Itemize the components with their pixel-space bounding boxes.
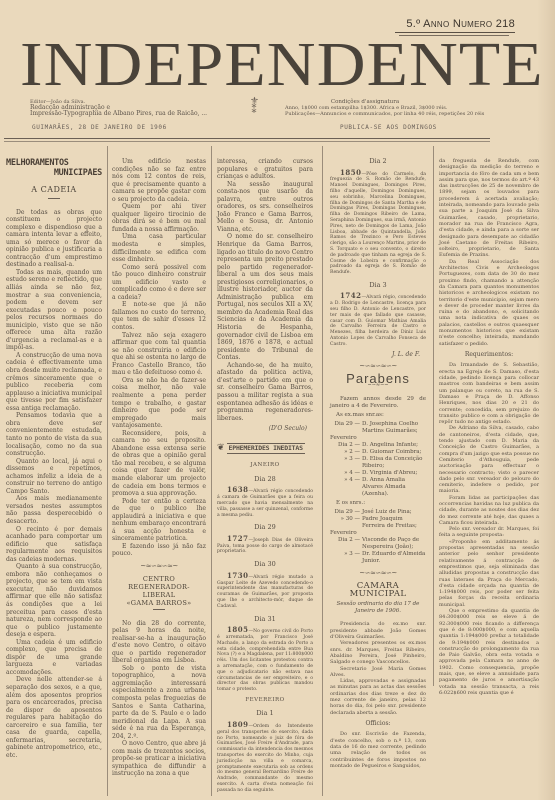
paragraph: Da Real Associação dos Architectos Civis…: [439, 259, 539, 347]
fleuron-icon: ❦: [217, 445, 225, 453]
day-label: Dia 2: [330, 158, 426, 166]
headline-dash: [48, 198, 60, 199]
paragraph: Quanto ao local, já aqui o dissemos e re…: [6, 458, 102, 496]
parabens-intro: Fazem annos desde 29 de janeiro a 4 de F…: [330, 396, 426, 410]
camara-subtitle: Sessão ordinaria do dia 17 de Janeiro de…: [330, 601, 426, 615]
paragraph: interessa, criando cursos populares e gr…: [217, 158, 313, 181]
parabens-ornament: ~∽≈∽~: [330, 382, 426, 390]
ephemeris-entry: 1809—Ordem do Intendente geral dos trans…: [217, 722, 313, 794]
ephemeris-entry: 1730—Alvará régio mutado a Gaspar Leite …: [217, 573, 313, 610]
paragraph: O nome do sr. conselheiro Henrique da Ga…: [217, 233, 313, 361]
paragraph: Deve nelle attender-se á separação dos s…: [6, 676, 102, 759]
paragraph: Talvez não seja exagero affirmar que com…: [112, 332, 206, 377]
day-label: Dia 30: [217, 561, 313, 569]
paragraph: Presidencia do ex.mo snr. presidente abb…: [330, 621, 426, 640]
entry-year: 1730: [227, 571, 248, 580]
birthday-row: » 3 —Dr. Eduardo d'Almeida Junior.: [330, 551, 426, 565]
birthday-row: » 4 —D. Anna Amalia Alvares Almada (Azen…: [330, 477, 426, 498]
paragraph: Uma cadeia é um edificio complexo, que p…: [6, 639, 102, 677]
paragraph: Achando-se, de ha muito, afastado da pol…: [217, 362, 313, 422]
entry-year: 1809: [227, 720, 248, 729]
entry-year: 1805: [227, 625, 248, 634]
impressao-line: Impressão-Typographia de Albano Pires, r…: [30, 111, 207, 117]
paragraph: Como será possivel com tão pouco dinheir…: [112, 264, 206, 302]
day-label: Dia 1: [217, 710, 313, 718]
entry-year: 1727: [227, 534, 248, 543]
requerimentos-heading: Requerimentos:: [439, 351, 539, 359]
birthday-row: Dia 29 —José Luiz de Pina;: [330, 509, 426, 516]
paragraph: E note-se que já não fallamos no custo d…: [112, 301, 206, 331]
column-rule: [211, 146, 212, 796]
officios-heading: Officios:: [330, 720, 426, 728]
author-initials: J. L. de F.: [330, 351, 420, 359]
paragraph: Pensamos todavia que a obra deve ser con…: [6, 412, 102, 457]
dateline: GUIMARÃES, 28 DE JANEIRO DE 1906: [32, 124, 167, 131]
header-rule: [4, 138, 490, 139]
centro-subtitle: «GAMA BARROS»: [112, 599, 206, 607]
paragraph: Foram lidas as participações das occorre…: [439, 495, 539, 526]
paragraph: Secretario José Maria Gomes Alves.: [330, 666, 426, 679]
paragraph: Na sessão inaugural consta-nos que usarã…: [217, 181, 313, 234]
paragraph: No dia 28 do corrente, pelas 9 horas da …: [112, 620, 206, 665]
paragraph: Ora se não ha de fazer-se coisa melhor, …: [112, 377, 206, 430]
paragraph: Aos mais medianamente versados nestes as…: [6, 495, 102, 525]
men-heading: E os snrs.:: [330, 500, 426, 507]
paragraph: Que o emprestimo da quantia de 84:300$00…: [439, 608, 539, 696]
ladies-heading: As ex.mas snr.as:: [330, 412, 426, 419]
paragraph: Pelo snr. vereador dr. Marques, foi feit…: [439, 526, 539, 539]
emblem-icon: ⚜⁑: [250, 97, 258, 115]
subscription-info: Condições d'assignatura Anno, 1$000 com …: [285, 99, 484, 117]
day-label: Dia 29: [217, 524, 313, 532]
paragraph: O recinto é por demais acanhado para com…: [6, 526, 102, 564]
paragraph: Todas as mais, quando um estudo sereno e…: [6, 269, 102, 352]
paragraph: O novo Centro, que abre já com mais de t…: [112, 740, 206, 778]
camara-title: CAMARA MUNICIPAL: [330, 583, 426, 598]
day-label: Dia 28: [217, 476, 313, 484]
entry-year: 1742: [340, 291, 361, 300]
ornament-divider: ~≈∽≈∽≈~: [112, 563, 206, 571]
men-list: Dia 29 —José Luiz de Pina; » 30 —Padre J…: [330, 509, 426, 565]
paragraph: De Adriano da Silva, casado, cabo de can…: [439, 425, 539, 494]
paragraph: da freguezia de Rendufe, com designação …: [439, 158, 539, 259]
page-edge-shadow: [537, 0, 555, 800]
paragraph: Quanto á sua construcção, embora não con…: [6, 563, 102, 638]
article-headline: A CADEIA: [6, 186, 102, 194]
column-5: da freguezia de Rendufe, com designação …: [439, 146, 539, 696]
ladies-list: Dia 29 —D. Josephina Coelho Martins Guim…: [330, 421, 426, 498]
paragraph: «Proponho em additamento ás propostas ap…: [439, 539, 539, 608]
paragraph: A construcção de uma nova cadeia é effec…: [6, 352, 102, 412]
section-title-line2: MUNICIPAES: [6, 168, 102, 178]
day-label: Dia 31: [217, 616, 313, 624]
conditions-publications: Publicações—Annuncios e communicados, po…: [285, 111, 484, 117]
paragraph: Sob o ponto de vista topographico, a nov…: [112, 665, 206, 740]
ephemeris-entry: 1805—No governo civil do Porto é arremat…: [217, 627, 313, 693]
newspaper-page: 5.º Anno Numero 218 INDEPENDENTE Editor—…: [0, 0, 555, 800]
birthday-row: Dia 2 —D. Angelina Infante;: [330, 442, 426, 449]
birthday-row: » 30 —Padre Joaquim Ferreira de Freitas;: [330, 516, 426, 530]
parabens-title: Parabens: [330, 375, 426, 383]
month-label: JANEIRO: [217, 462, 313, 470]
birthday-row: Dia 29 —D. Josephina Coelho Martins Guim…: [330, 421, 426, 435]
paragraph: Quem por ahi tiver qualquer ligeiro tiro…: [112, 203, 206, 233]
header-rule-thin: [4, 141, 490, 142]
paragraph: Da Irmandade de S. Sebastião, erecta na …: [439, 362, 539, 425]
ornament-divider: ~∽≈∽≈∽~: [330, 363, 426, 371]
paragraph: Lidas, approvadas e assignadas as minuta…: [330, 678, 426, 716]
column-2: Um edificio nestas condições não se faz …: [112, 146, 206, 778]
issue-number: 5.º Anno Numero 218: [406, 18, 515, 30]
ephemeris-entry: 1850—Pôse do Carmelo, da freguezia de S.…: [330, 170, 426, 276]
birthday-row: » 3 —D. Elisa da Conceição Ribeiro;: [330, 456, 426, 470]
birthday-row: » 2 —D. Guiomar Coimbra;: [330, 449, 426, 456]
month-label: FEVEREIRO: [217, 697, 313, 705]
headline-dash: [153, 609, 165, 610]
column-4: Dia 2 1850—Pôse do Carmelo, da freguezia…: [330, 146, 426, 769]
section-title: MELHORAMENTOS: [6, 158, 102, 168]
column-rule: [322, 146, 323, 796]
ephemeris-entry: 1742—Alvará régio, concedendo a D. Rodri…: [330, 293, 426, 347]
paragraph: Reconsidere, pois, a camara no seu propo…: [112, 430, 206, 498]
column-1: MELHORAMENTOS MUNICIPAES A CADEIA De tod…: [6, 146, 102, 759]
paragraph: Vereadores presentes os ex.mos snrs. dr.…: [330, 640, 426, 665]
source-signoff: (D'O Seculo): [217, 425, 307, 433]
birthday-row: Fevereiro: [330, 530, 426, 537]
ephemerides-title: EPHEMERIDES INEDITAS: [227, 443, 305, 455]
ephemeris-entry: 1638—Alvará régio concedendo á camara de…: [217, 487, 313, 518]
ephemerides-header: ❦ EPHEMERIDES INEDITAS: [217, 443, 313, 455]
entry-year: 1850: [340, 168, 361, 177]
publication-day: PUBLICA-SE AOS DOMINGOS: [340, 124, 437, 131]
entry-year: 1638: [227, 485, 248, 494]
masthead-title: INDEPENDENTE: [20, 36, 532, 94]
column-3: interessa, criando cursos populares e gr…: [217, 146, 313, 794]
paragraph: Um edificio nestas condições não se faz …: [112, 158, 206, 203]
paragraph: Uma casa particular modesta e simples, d…: [112, 233, 206, 263]
birthday-row: Dia 2 —Visconde do Paço de Nespereira (J…: [330, 537, 426, 551]
publisher-info: Editor—João da Silva. Redacção administr…: [30, 99, 207, 117]
paragraph: Do snr. Escrivão de Fazenda, d'este conc…: [330, 731, 426, 769]
day-label: Dia 3: [330, 282, 426, 290]
birthday-row: Fevereiro: [330, 435, 426, 442]
birthday-row: » 4 —D. Virginia d'Abreu;: [330, 470, 426, 477]
paragraph: Pode ter então a certeza de que o public…: [112, 498, 206, 543]
paragraph: De todas as obras que constituem o proje…: [6, 209, 102, 269]
ornament-divider: ~∽≈∽≈∽~: [330, 570, 426, 578]
centro-title: CENTRO REGENERADOR-LIBERAL: [112, 575, 206, 599]
paragraph: E fazendo isso já não faz pouco.: [112, 543, 206, 558]
column-rule: [433, 146, 434, 686]
ephemeris-entry: 1727—Joseph Dias de Oliveira Paiva, toma…: [217, 536, 313, 555]
column-rule: [107, 146, 108, 796]
